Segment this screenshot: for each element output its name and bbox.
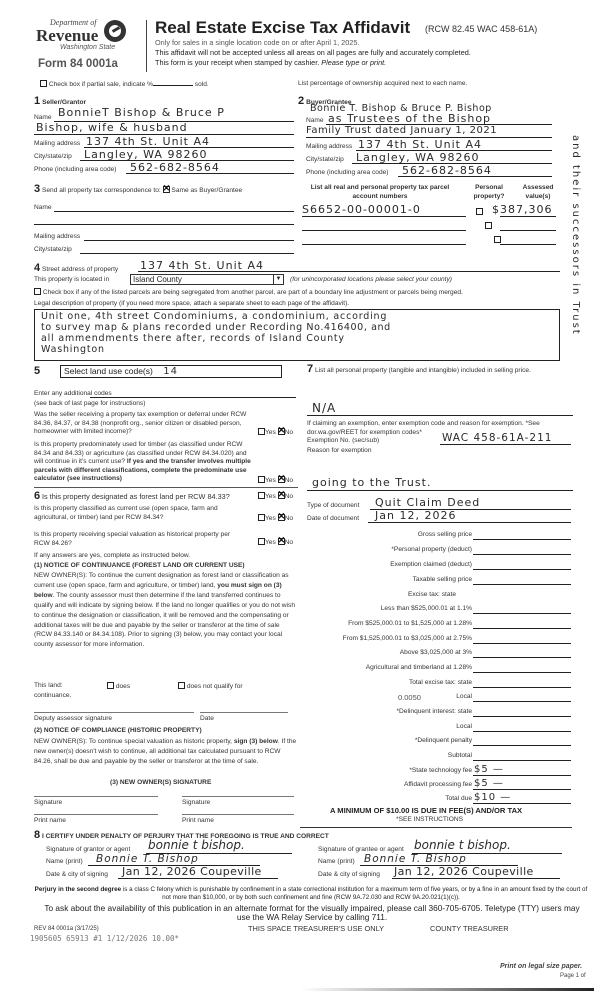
seller-name-1[interactable]: BonnieT Bishop & Bruce P	[58, 106, 225, 119]
cashier-stamp: 1905605 65913 #1 1/12/2026 10.00*	[30, 934, 179, 943]
county-treasurer: COUNTY TREASURER	[430, 924, 509, 933]
treasurer-use: THIS SPACE TREASURER'S USE ONLY	[248, 924, 384, 933]
subtitle-3: This form is your receipt when stamped b…	[155, 58, 386, 67]
form-number: Form 84 0001a	[38, 58, 118, 70]
buyer-section: 2 Buyer/Grantee Bonnie T. Bishop & Bruce…	[298, 95, 560, 175]
perjury-notice: Perjury in the second degree is a class …	[30, 886, 592, 902]
exemption-yes-checkbox[interactable]	[258, 428, 265, 435]
land-use-select[interactable]: Select land use code(s) 14	[60, 365, 282, 378]
document-date[interactable]: Jan 12, 2026	[375, 509, 456, 522]
notice2-text: NEW OWNER(S): To continue special valuat…	[34, 737, 298, 767]
historic-yes-checkbox[interactable]	[258, 538, 265, 545]
tech-fee-value[interactable]: $5 —	[474, 764, 504, 775]
legal-paper-note: Print on legal size paper.	[500, 963, 582, 970]
seller-city[interactable]: Langley, WA 98260	[84, 148, 207, 161]
parcel-number-1[interactable]: S6652-00-00001-0	[302, 203, 421, 216]
subtitle-1: Only for sales in a single location code…	[155, 38, 359, 47]
buyer-name-2[interactable]: Family Trust dated January 1, 2021	[306, 125, 497, 136]
alt-format-notice: To ask about the availability of this pu…	[44, 904, 580, 922]
partial-percent-field[interactable]	[153, 85, 193, 86]
rev-number: REV 84 0001a (3/17/25)	[34, 926, 99, 932]
logo-state: Washington State	[60, 44, 115, 51]
does-not-qualify-checkbox[interactable]	[178, 682, 185, 689]
personal-property-checkbox-1[interactable]	[476, 208, 483, 215]
timber-no-checkbox[interactable]	[278, 476, 285, 483]
document-type[interactable]: Quit Claim Deed	[375, 496, 480, 509]
buyer-city[interactable]: Langley, WA 98260	[356, 151, 479, 164]
correspondence-section: 3 Send all property tax correspondence t…	[34, 183, 294, 253]
forest-yes-checkbox[interactable]	[258, 492, 265, 499]
grantor-date-city[interactable]: Jan 12, 2026 Coupeville	[122, 865, 262, 878]
exemption-reason[interactable]: going to the Trust.	[312, 476, 431, 489]
segregated-checkbox[interactable]	[34, 288, 41, 295]
forest-no-checkbox[interactable]	[278, 492, 285, 499]
grantee-name[interactable]: Bonnie T. Bishop	[364, 853, 467, 865]
partial-sale-row: Check box if partial sale, indicate % so…	[40, 80, 209, 88]
seller-name-2[interactable]: Bishop, wife & husband	[36, 121, 188, 134]
exemption-no-checkbox[interactable]	[278, 428, 285, 435]
local-rate: 0.0050	[398, 693, 421, 702]
processing-fee-value[interactable]: $5 —	[474, 778, 504, 789]
same-as-buyer-checkbox[interactable]	[163, 186, 170, 193]
assessed-value-1[interactable]: $387,306	[492, 203, 553, 216]
grantor-name[interactable]: Bonnie T. Bishop	[96, 853, 199, 865]
property-street[interactable]: 137 4th St. Unit A4	[140, 259, 264, 272]
does-qualify-checkbox[interactable]	[107, 682, 114, 689]
form-title: Real Estate Excise Tax Affidavit	[155, 18, 410, 38]
logo-swirl-icon	[104, 20, 126, 42]
personal-property-checkbox-2[interactable]	[485, 222, 492, 229]
seller-section: 1 Seller/Grantor Name BonnieT Bishop & B…	[34, 95, 294, 175]
page-edge-shadow	[300, 988, 594, 991]
county-select[interactable]: Island County ▼	[130, 274, 284, 285]
partial-sale-checkbox[interactable]	[40, 80, 47, 87]
grantor-signature[interactable]: bonnie t bishop.	[148, 838, 245, 852]
buyer-mailing[interactable]: 137 4th St. Unit A4	[358, 138, 482, 151]
margin-note: and their successors in Trust	[570, 135, 581, 336]
notice1-text: NEW OWNER(S): To continue the current de…	[34, 571, 298, 650]
seller-phone[interactable]: 562-682-8564	[130, 161, 220, 174]
timber-yes-checkbox[interactable]	[258, 476, 265, 483]
page-number: Page 1 of	[560, 973, 586, 979]
current-use-no-checkbox[interactable]	[278, 514, 285, 521]
buyer-name-1[interactable]: as Trustees of the Bishop	[328, 112, 491, 125]
personal-property-list[interactable]: N/A	[312, 401, 336, 415]
grantee-signature[interactable]: bonnie t bishop.	[414, 838, 511, 852]
chevron-down-icon: ▼	[273, 275, 283, 284]
logo-revenue: Revenue	[36, 26, 98, 46]
parcels-table: List all real and personal property tax …	[300, 183, 560, 253]
subtitle-2: This affidavit will not be accepted unle…	[155, 48, 471, 57]
grantee-date-city[interactable]: Jan 12, 2026 Coupeville	[394, 865, 534, 878]
total-due-value[interactable]: $10 —	[474, 792, 511, 803]
legal-description-box[interactable]: Unit one, 4th street Condominiums, a con…	[34, 309, 560, 361]
ownership-note: List percentage of ownership acquired ne…	[298, 80, 467, 87]
property-section: 4 Street address of property 137 4th St.…	[34, 258, 560, 348]
seller-mailing[interactable]: 137 4th St. Unit A4	[86, 135, 210, 148]
form-rcw: (RCW 82.45 WAC 458-61A)	[425, 24, 537, 34]
buyer-phone[interactable]: 562-682-8564	[402, 164, 492, 177]
personal-property-checkbox-3[interactable]	[494, 236, 501, 243]
current-use-yes-checkbox[interactable]	[258, 514, 265, 521]
historic-no-checkbox[interactable]	[278, 538, 285, 545]
exemption-number[interactable]: WAC 458-61A-211	[442, 432, 552, 444]
